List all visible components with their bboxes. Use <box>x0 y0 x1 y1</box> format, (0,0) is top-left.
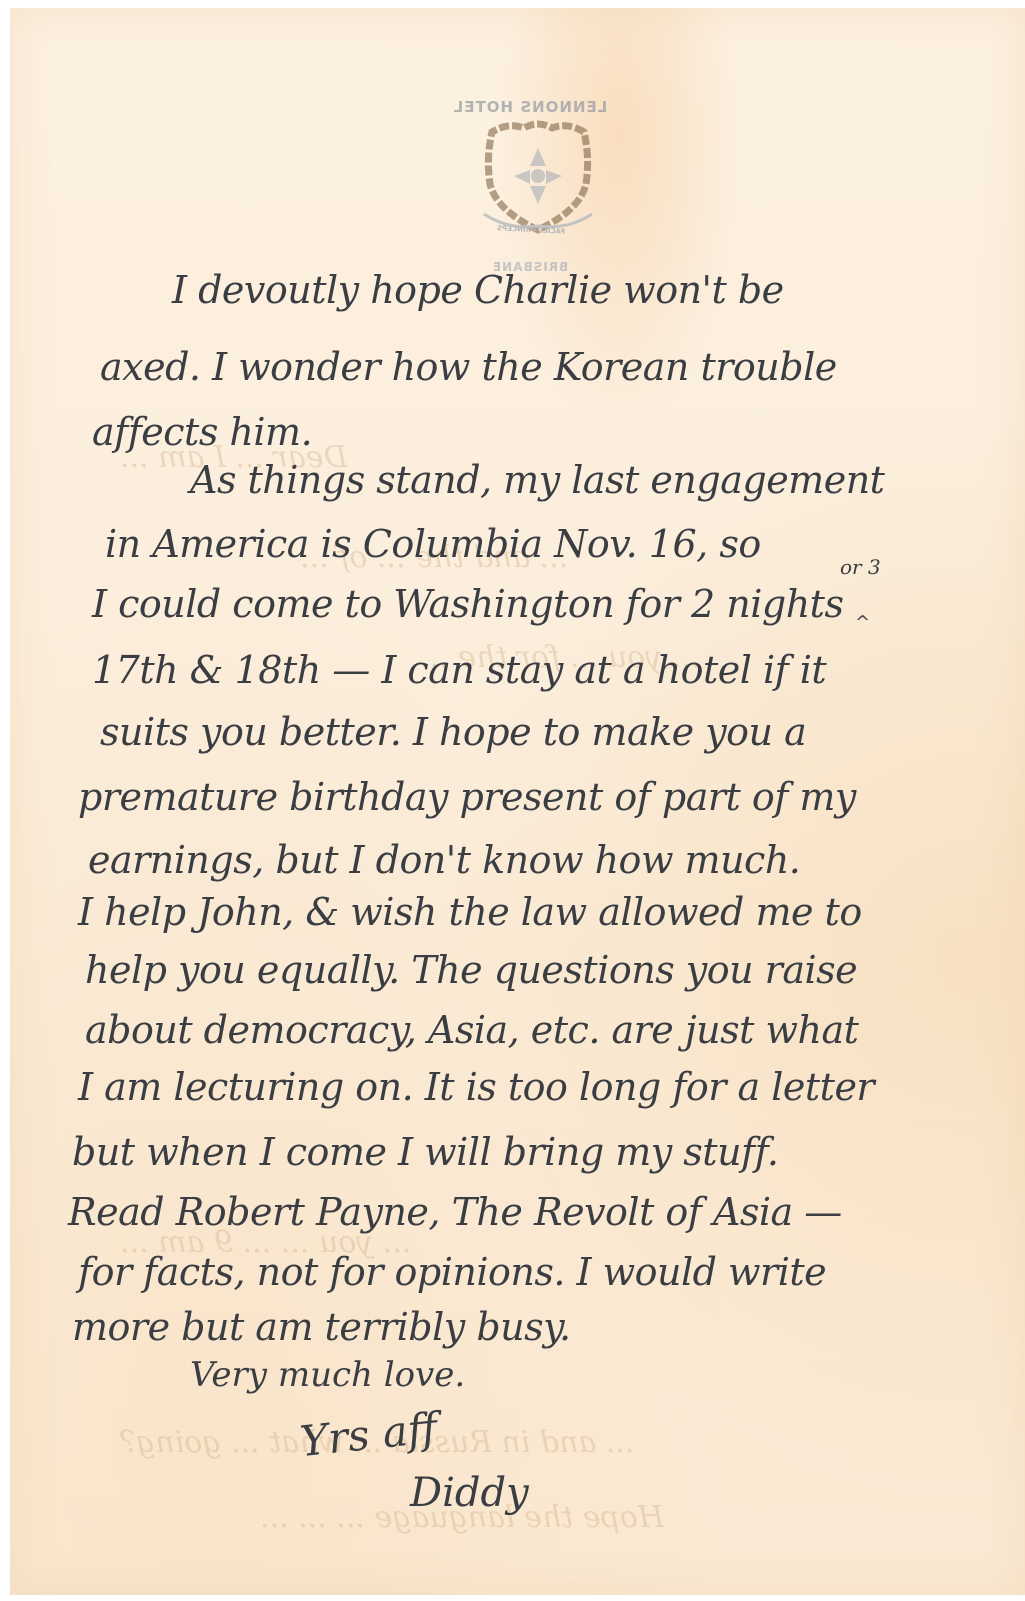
letter-line: affects him. <box>92 410 312 454</box>
letter-line: but when I come I will bring my stuff. <box>72 1130 778 1174</box>
letter-line: premature birthday present of part of my <box>78 775 856 819</box>
letter-line: more but am terribly busy. <box>72 1305 571 1349</box>
letter-line: I help John, & wish the law allowed me t… <box>78 890 862 934</box>
letter-line: As things stand, my last engagement <box>190 458 884 502</box>
letter-line: axed. I wonder how the Korean trouble <box>100 345 837 389</box>
letter-line: I am lecturing on. It is too long for a … <box>78 1065 874 1109</box>
letter-line: earnings, but I don't know how much. <box>88 838 800 882</box>
signature: Diddy <box>410 1470 529 1516</box>
letter-line: suits you better. I hope to make you a <box>100 710 806 754</box>
letter-line: about democracy, Asia, etc. are just wha… <box>85 1008 858 1052</box>
letter-line: help you equally. The questions you rais… <box>85 948 857 992</box>
letter-line: 17th & 18th — I can stay at a hotel if i… <box>92 648 826 692</box>
sign-off: Yrs aff <box>298 1403 440 1466</box>
insertion-or-3: or 3 <box>840 555 881 579</box>
letter-body: I devoutly hope Charlie won't be axed. I… <box>0 0 1025 1601</box>
letter-line: I could come to Washington for 2 nights <box>92 582 843 626</box>
valediction: Very much love. <box>190 1355 465 1395</box>
insertion-caret: ^ <box>855 612 870 633</box>
letter-line: in America is Columbia Nov. 16, so <box>105 522 761 566</box>
letter-line: for facts, not for opinions. I would wri… <box>78 1250 826 1294</box>
letter-line: I devoutly hope Charlie won't be <box>172 268 784 312</box>
letter-line: Read Robert Payne, The Revolt of Asia — <box>68 1190 842 1234</box>
